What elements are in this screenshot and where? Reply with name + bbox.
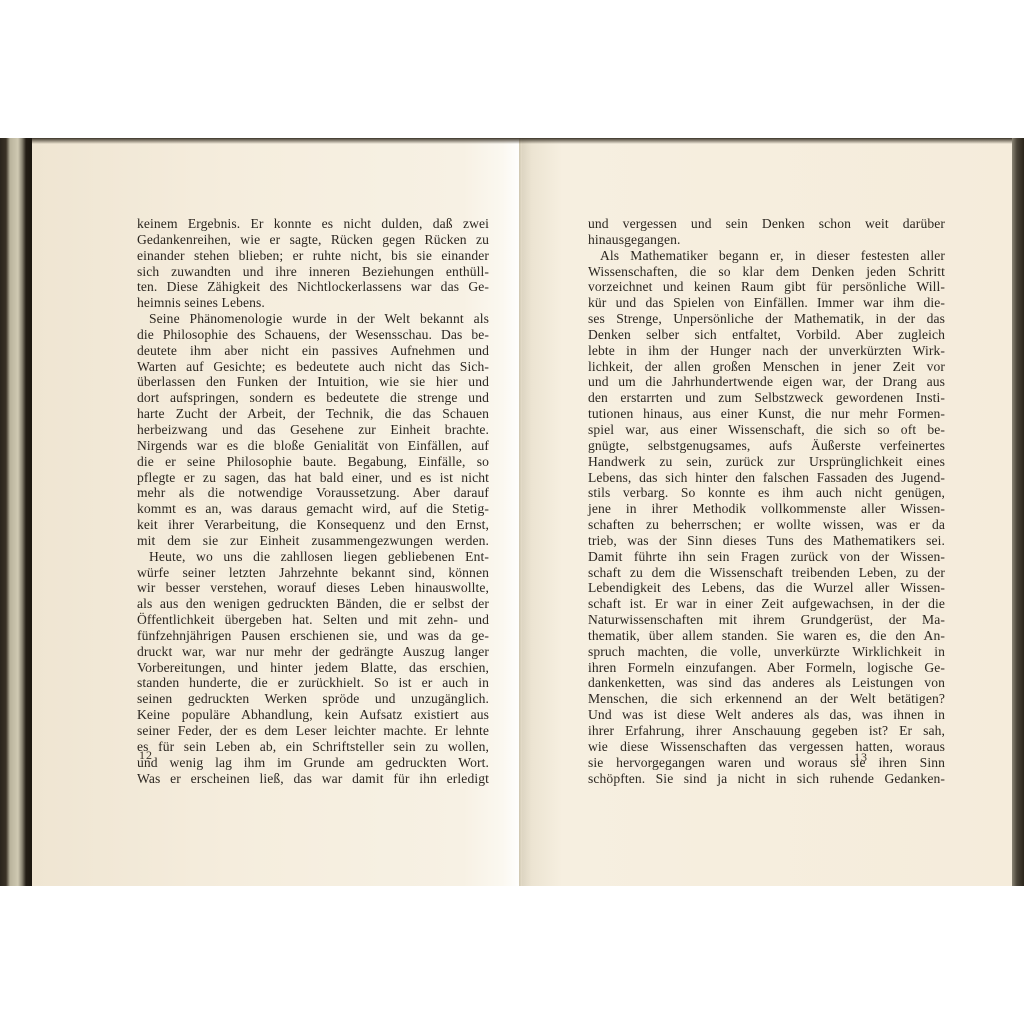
- book-cover-right-edge: [1012, 138, 1024, 886]
- text-line: tutionen hinaus, aus einer Kunst, die nu…: [588, 406, 945, 422]
- text-line: druckt war, war nur mehr der gedrängte A…: [137, 644, 489, 660]
- text-line: die Philosophie des Schauens, der Wesens…: [137, 327, 489, 343]
- text-line: mit dem sie zur Einheit zusammengezwunge…: [137, 533, 489, 549]
- open-book: keinem Ergebnis. Er konnte es nicht duld…: [0, 138, 1024, 886]
- text-line: harte Zucht der Arbeit, der Technik, die…: [137, 406, 489, 422]
- text-line: seinen gedruckten Werken spröde und unzu…: [137, 691, 489, 707]
- text-line: jene in ihrer Methodik vollkommenste all…: [588, 501, 945, 517]
- text-line: herbeizwang und das Gesehene zur Einheit…: [137, 422, 489, 438]
- text-line: standen hunderte, die er zurückhielt. So…: [137, 675, 489, 691]
- text-line: kommt es an, was daraus gemacht wird, au…: [137, 501, 489, 517]
- text-line: lichkeit, der allen großen Menschen in j…: [588, 359, 945, 375]
- text-line: vorzeichnet und keinen Raum gibt für per…: [588, 279, 945, 295]
- text-line: keinem Ergebnis. Er konnte es nicht duld…: [137, 216, 489, 232]
- text-line: den erstarrten und zum Selbstzweck gewor…: [588, 390, 945, 406]
- text-line: mehr als die notwendige Voraussetzung. A…: [137, 485, 489, 501]
- text-line: Heute, wo uns die zahllosen liegen gebli…: [137, 549, 489, 565]
- text-line: Menschen, die sich erkennend an der Welt…: [588, 691, 945, 707]
- text-line: wie diese Wissenschaften das vergessen h…: [588, 739, 945, 755]
- text-line: schöpften. Sie sind ja nicht in sich ruh…: [588, 771, 945, 787]
- text-line: schaft ist. Er war in einer Zeit aufgewa…: [588, 596, 945, 612]
- text-line: Und was ist diese Welt anderes als das, …: [588, 707, 945, 723]
- text-line: es für sein Leben ab, ein Schriftsteller…: [137, 739, 489, 755]
- text-line: seiner Feder, der es dem Leser leichter …: [137, 723, 489, 739]
- text-line: deutete ihm aber nicht ein passives Aufn…: [137, 343, 489, 359]
- text-line: hinausgegangen.: [588, 232, 945, 248]
- right-page: und vergessen und sein Denken schon weit…: [522, 138, 1012, 886]
- text-line: schaft zu dem die Wissenschaft treibende…: [588, 565, 945, 581]
- text-line: gnügte, selbstgenugsames, aufs Äußerste …: [588, 438, 945, 454]
- text-line: und um die Jahrhundertwende eigen war, d…: [588, 374, 945, 390]
- text-line: Seine Phänomenologie wurde in der Welt b…: [137, 311, 489, 327]
- left-page: keinem Ergebnis. Er konnte es nicht duld…: [32, 138, 522, 886]
- text-line: dort aufspringen, sondern es bedeutete d…: [137, 390, 489, 406]
- text-line: als aus den wenigen gedruckten Bänden, d…: [137, 596, 489, 612]
- text-line: fünfzehnjährigen Pausen erschienen sie, …: [137, 628, 489, 644]
- left-page-body-text: keinem Ergebnis. Er konnte es nicht duld…: [137, 216, 489, 786]
- text-line: dankenketten, was sind das anderes als L…: [588, 675, 945, 691]
- text-line: sie hervorgegangen waren und woraus sie …: [588, 755, 945, 771]
- text-line: ses Strenge, Unpersönliche der Mathemati…: [588, 311, 945, 327]
- text-line: pflegte er zu sagen, das hat bald einer,…: [137, 470, 489, 486]
- left-page-number: 12: [139, 748, 153, 763]
- text-line: Lebendigkeit des Lebens, das die Wurzel …: [588, 580, 945, 596]
- text-line: ihrer Erfahrung, ihrer Anschauung gegebe…: [588, 723, 945, 739]
- text-line: Lebens, das sich hinter den falschen Fas…: [588, 470, 945, 486]
- page-top-shadow: [32, 138, 1012, 144]
- text-line: Handwerk zu sein, zurück zur Ursprünglic…: [588, 454, 945, 470]
- right-page-body-text: und vergessen und sein Denken schon weit…: [588, 216, 945, 786]
- text-line: Denken selber sich entfaltet, Vorbild. A…: [588, 327, 945, 343]
- text-line: und wenig lag ihm im Grunde am gedruckte…: [137, 755, 489, 771]
- text-line: ten. Diese Zähigkeit des Nichtlockerlass…: [137, 279, 489, 295]
- text-line: Vorbereitungen, und hinter jedem Blatte,…: [137, 660, 489, 676]
- text-line: Wissenschaften, die so klar dem Denken j…: [588, 264, 945, 280]
- text-line: ihren Formeln einzufangen. Aber Formeln,…: [588, 660, 945, 676]
- text-line: Was er erscheinen ließ, das war damit fü…: [137, 771, 489, 787]
- text-line: die er seine Philosophie baute. Begabung…: [137, 454, 489, 470]
- text-line: Damit führte ihn sein Fragen zurück von …: [588, 549, 945, 565]
- text-line: Nirgends war es die bloße Genialität von…: [137, 438, 489, 454]
- text-line: Naturwissenschaften mit ihrem Grundgerüs…: [588, 612, 945, 628]
- text-line: kür und das Spielen von Einfällen. Immer…: [588, 295, 945, 311]
- text-line: lebte in ihm der Hunger nach der unverkü…: [588, 343, 945, 359]
- text-line: stils verbarg. So konnte es ihm auch nic…: [588, 485, 945, 501]
- text-line: keit ihrer Verarbeitung, die Konsequenz …: [137, 517, 489, 533]
- text-line: spiel war, aus einer Wissenschaft, die s…: [588, 422, 945, 438]
- text-line: würfe seiner letzten Jahrzehnte bekannt …: [137, 565, 489, 581]
- text-line: überlassen den Funken der Intuition, wie…: [137, 374, 489, 390]
- text-line: Keine populäre Abhandlung, kein Aufsatz …: [137, 707, 489, 723]
- text-line: wir besser verstehen, worauf dieses Lebe…: [137, 580, 489, 596]
- right-page-number: 13: [854, 750, 868, 765]
- text-line: einander stehen blieben; er ruhte nicht,…: [137, 248, 489, 264]
- text-line: heimnis seines Lebens.: [137, 295, 489, 311]
- text-line: und vergessen und sein Denken schon weit…: [588, 216, 945, 232]
- text-line: Gedankenreihen, wie er sagte, Rücken geg…: [137, 232, 489, 248]
- text-line: schaften zu beherrschen; er wollte wisse…: [588, 517, 945, 533]
- text-line: sich zuwandten und ihre inneren Beziehun…: [137, 264, 489, 280]
- book-cover-left-edge: [0, 138, 32, 886]
- text-line: trieb, was der Sinn dieses Tuns des Math…: [588, 533, 945, 549]
- text-line: Als Mathematiker begann er, in dieser fe…: [588, 248, 945, 264]
- text-line: spruch machten, die volle, unverkürzte W…: [588, 644, 945, 660]
- text-line: Warten auf Gesichte; es bedeutete auch n…: [137, 359, 489, 375]
- text-line: Öffentlichkeit übergeben hat. Selten und…: [137, 612, 489, 628]
- text-line: thematik, über allem standen. Sie waren …: [588, 628, 945, 644]
